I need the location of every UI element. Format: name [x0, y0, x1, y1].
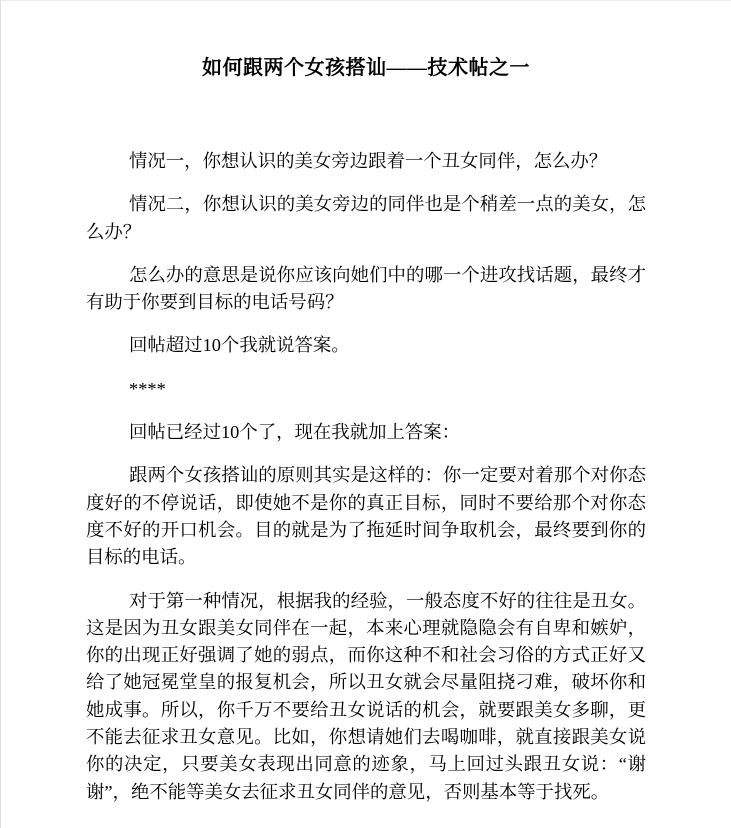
paragraph: 回帖已经过10个了，现在我就加上答案：: [86, 419, 646, 446]
paragraph: 怎么办的意思是说你应该向她们中的哪一个进攻找话题，最终才有助于你要到目标的电话号…: [86, 262, 646, 317]
paragraph: 跟两个女孩搭讪的原则其实是这样的：你一定要对着那个对你态度好的不停说话，即使她不…: [86, 462, 646, 571]
document-title: 如何跟两个女孩搭讪——技术帖之一: [86, 1, 646, 82]
paragraph: 情况一，你想认识的美女旁边跟着一个丑女同伴，怎么办？: [86, 148, 646, 175]
document-content: 如何跟两个女孩搭讪——技术帖之一 情况一，你想认识的美女旁边跟着一个丑女同伴，怎…: [86, 1, 646, 806]
paragraph: 回帖超过10个我就说答案。: [86, 332, 646, 359]
paragraph: 对于第一种情况，根据我的经验，一般态度不好的往往是丑女。这是因为丑女跟美女同伴在…: [86, 588, 646, 806]
document-page: 如何跟两个女孩搭讪——技术帖之一 情况一，你想认识的美女旁边跟着一个丑女同伴，怎…: [0, 0, 731, 828]
paragraph: 情况二，你想认识的美女旁边的同伴也是个稍差一点的美女，怎么办？: [86, 191, 646, 246]
document-body: 情况一，你想认识的美女旁边跟着一个丑女同伴，怎么办？情况二，你想认识的美女旁边的…: [86, 148, 646, 806]
separator-line: ****: [86, 376, 646, 403]
